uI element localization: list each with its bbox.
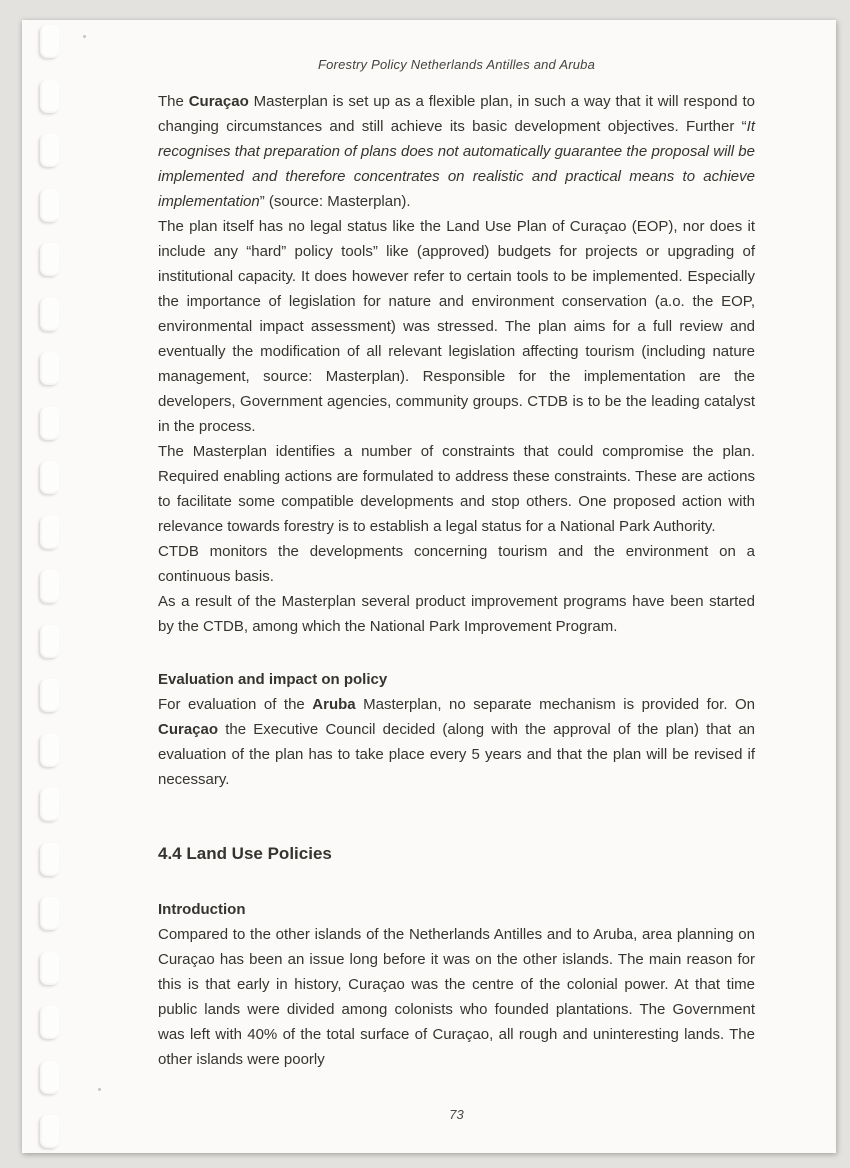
page-content: Forestry Policy Netherlands Antilles and…	[22, 20, 836, 1153]
document-page: Forestry Policy Netherlands Antilles and…	[22, 20, 836, 1153]
paragraph-curacao-masterplan: The Curaçao Masterplan is set up as a fl…	[158, 89, 755, 214]
document-body: The Curaçao Masterplan is set up as a fl…	[158, 89, 755, 1072]
paragraph-ctdb-monitors: CTDB monitors the developments concernin…	[158, 539, 755, 589]
text-run: ” (source: Masterplan).	[260, 193, 411, 210]
heading-land-use-policies: 4.4 Land Use Policies	[158, 841, 755, 866]
text-run: The Masterplan identifies a number of co…	[158, 443, 755, 535]
text-run: For evaluation of the	[158, 696, 312, 713]
text-run: Masterplan, no separate mechanism is pro…	[356, 696, 755, 713]
paragraph-plan-legal-status: The plan itself has no legal status like…	[158, 214, 755, 439]
text-run: Compared to the other islands of the Net…	[158, 926, 755, 1068]
text-run: The	[158, 93, 189, 110]
text-run: The plan itself has no legal status like…	[158, 218, 755, 435]
heading-introduction: Introduction	[158, 897, 755, 922]
paragraph-masterplan-constraints: The Masterplan identifies a number of co…	[158, 439, 755, 539]
paragraph-area-planning: Compared to the other islands of the Net…	[158, 922, 755, 1072]
paragraph-evaluation-mechanism: For evaluation of the Aruba Masterplan, …	[158, 692, 755, 792]
running-header: Forestry Policy Netherlands Antilles and…	[158, 57, 755, 72]
text-run: Aruba	[312, 696, 355, 713]
text-run: the Executive Council decided (along wit…	[158, 721, 755, 788]
heading-evaluation-and-impact: Evaluation and impact on policy	[158, 667, 755, 692]
text-run: Curaçao	[158, 721, 218, 738]
page-number: 73	[158, 1107, 755, 1122]
text-run: Curaçao	[189, 93, 249, 110]
paragraph-improvement-programs: As a result of the Masterplan several pr…	[158, 589, 755, 639]
text-run: As a result of the Masterplan several pr…	[158, 593, 755, 635]
scan-background: Forestry Policy Netherlands Antilles and…	[0, 0, 850, 1168]
text-run: CTDB monitors the developments concernin…	[158, 543, 755, 585]
